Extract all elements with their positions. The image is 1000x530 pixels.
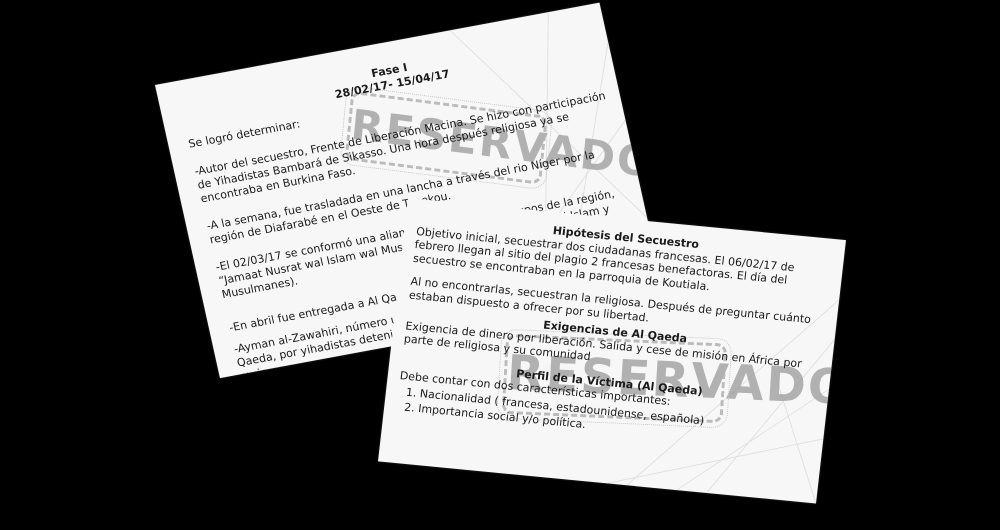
document-hipotesis: RESERVADO Hipótesis del Secuestro Objeti… (378, 198, 846, 504)
